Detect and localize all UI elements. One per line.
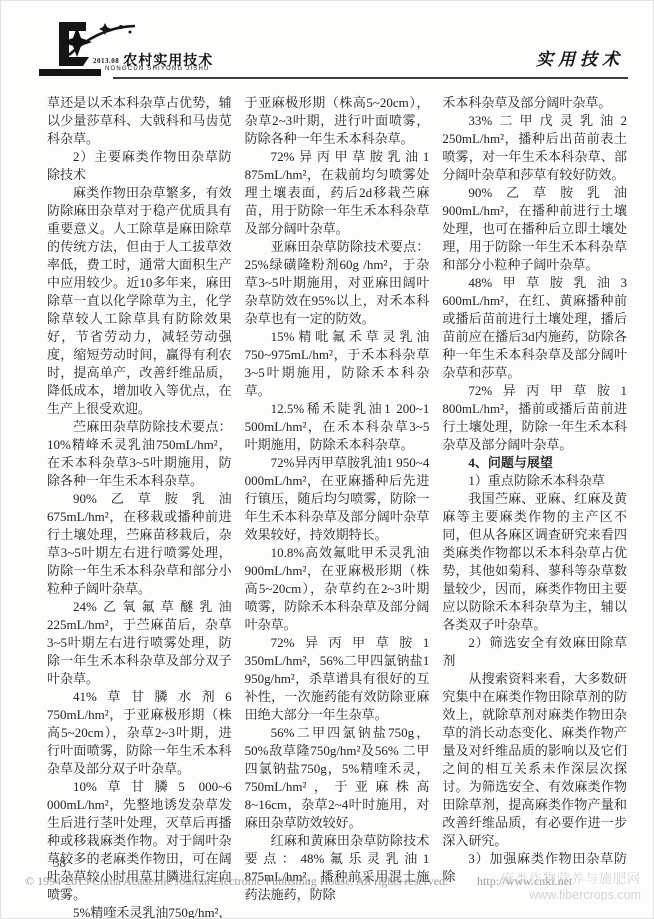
page-number: 38 <box>53 855 66 871</box>
paragraph: 草还是以禾本科杂草占优势，辅以少量莎草科、大戟科和马齿苋科杂草。 <box>47 94 232 148</box>
body-columns: 草还是以禾本科杂草占优势，辅以少量莎草科、大戟科和马齿苋科杂草。2）主要麻类作物… <box>47 94 627 854</box>
paragraph: 15%精吡氟禾草灵乳油750~975mL/hm²，于禾本科杂草3~5叶期施用，防… <box>245 328 430 400</box>
paragraph: 56%二甲四氯钠盐750g，50%敌草隆750g/hm²及56% 二甲四氯钠盐7… <box>245 724 430 832</box>
paragraph: 1）重点防除禾本科杂草 <box>442 472 627 490</box>
text-column: 于亚麻极形期（株高5~20cm），杂草2~3叶期，进行叶面喷雾，防除各种一年生禾… <box>245 94 430 854</box>
text-column: 禾本科杂草及部分阔叶杂草。33%二甲戊灵乳油2 250mL/hm²，播种后出苗前… <box>442 94 627 854</box>
paragraph: 禾本科杂草及部分阔叶杂草。 <box>442 94 627 112</box>
paragraph: 从搜索资料来看，大多数研究集中在麻类作物田除草剂的防效上，就除草剂对麻类作物田杂… <box>442 670 627 850</box>
text-column: 草还是以禾本科杂草占优势，辅以少量莎草科、大戟科和马齿苋科杂草。2）主要麻类作物… <box>47 94 232 854</box>
section-heading: 4、问题与展望 <box>442 454 627 472</box>
paragraph: 12.5%稀禾陡乳油1 200~1 500mL/hm²，在禾本科杂草3~5叶期施… <box>245 400 430 454</box>
paragraph: 33%二甲戊灵乳油2 250mL/hm²，播种后出苗前表土喷雾，对一年生禾本科杂… <box>442 112 627 184</box>
journal-logo: 2013.08 农村实用技术 NONGCUN SHIYONG JISHU <box>37 17 217 81</box>
paragraph: 72%异丙甲草胺乳油1 875mL/hm²，在栽前均匀喷雾处理土壤表面，药后2d… <box>245 148 430 238</box>
paragraph: 72%异丙甲草胺乳油1 950~4 000mL/hm²，在亚麻播种后先进行镇压，… <box>245 454 430 544</box>
paragraph: 24%乙氧氟草醚乳油225mL/hm²，于苎麻苗后，杂草3~5叶期左右进行喷雾处… <box>47 598 232 688</box>
paragraph: 72%异丙甲草胺1 800mL/hm²，播前或播后苗前进行土壤处理，防除一年生禾… <box>442 382 627 454</box>
watermark-chinese: 麻类作物营养与施肥网 <box>501 871 641 887</box>
paragraph: 90%乙草胺乳油900mL/hm²，在播种前进行土壤处理，也可在播种后立即土壤处… <box>442 184 627 274</box>
paragraph: 亚麻田杂草防除技术要点：25%绿磺隆粉剂60g /hm²，于杂草3~5叶期施用，… <box>245 238 430 328</box>
logo-subtitle: NONGCUN SHIYONG JISHU <box>105 66 210 72</box>
section-label: 实用技术 <box>536 45 624 70</box>
paragraph: 10.8%高效氟吡甲禾灵乳油900mL/hm²，在亚麻极形期（株高5~20cm）… <box>245 544 430 634</box>
paragraph: 红麻和黄麻田杂草防除技术要点：48%氟乐灵乳油1 875mL/hm²，播种前采用… <box>245 832 430 904</box>
watermark: 麻类作物营养与施肥网 www.fibercrops.com <box>501 871 641 903</box>
logo-issue: 2013.08 <box>93 57 119 65</box>
copyright-text: © 1994-2013 China Academic Journal Elect… <box>25 874 448 888</box>
paragraph: 48%甲草胺乳油3 600mL/hm²，在红、黄麻播种前或播后苗前进行土壤处理，… <box>442 274 627 382</box>
journal-page: 2013.08 农村实用技术 NONGCUN SHIYONG JISHU 实用技… <box>0 0 654 919</box>
paragraph: 5%精喹禾灵乳油750g/hm²， <box>47 904 232 919</box>
paragraph: 苎麻田杂草防除技术要点：10%精峰禾灵乳油750mL/hm²，在禾本科杂草3~5… <box>47 418 232 490</box>
watermark-url: www.fibercrops.com <box>501 887 641 903</box>
paragraph: 麻类作物田杂草繁多，有效防除麻田杂草对于稳产优质具有重要意义。人工除草是麻田除草… <box>47 184 232 418</box>
paragraph: 72%异丙甲草胺1 350mL/hm²，56%二甲四氯钠盐1 950g/hm²，… <box>245 634 430 724</box>
paragraph: 90%乙草胺乳油675mL/hm²，在移栽或播种前进行土壤处理，苎麻苗移栽后，杂… <box>47 490 232 598</box>
paragraph: 2）主要麻类作物田杂草防除技术 <box>47 148 232 184</box>
paragraph: 于亚麻极形期（株高5~20cm），杂草2~3叶期，进行叶面喷雾，防除各种一年生禾… <box>245 94 430 148</box>
paragraph: 我国苎麻、亚麻、红麻及黄麻等主要麻类作物的主产区不同，但从各麻区调查研究来看四类… <box>442 490 627 634</box>
paragraph: 41%草甘膦水剂6 750mL/hm²，于亚麻极形期（株高5~20cm），杂草2… <box>47 688 232 778</box>
paragraph: 2）筛选安全有效麻田除草剂 <box>442 634 627 670</box>
header-rule <box>113 77 628 79</box>
